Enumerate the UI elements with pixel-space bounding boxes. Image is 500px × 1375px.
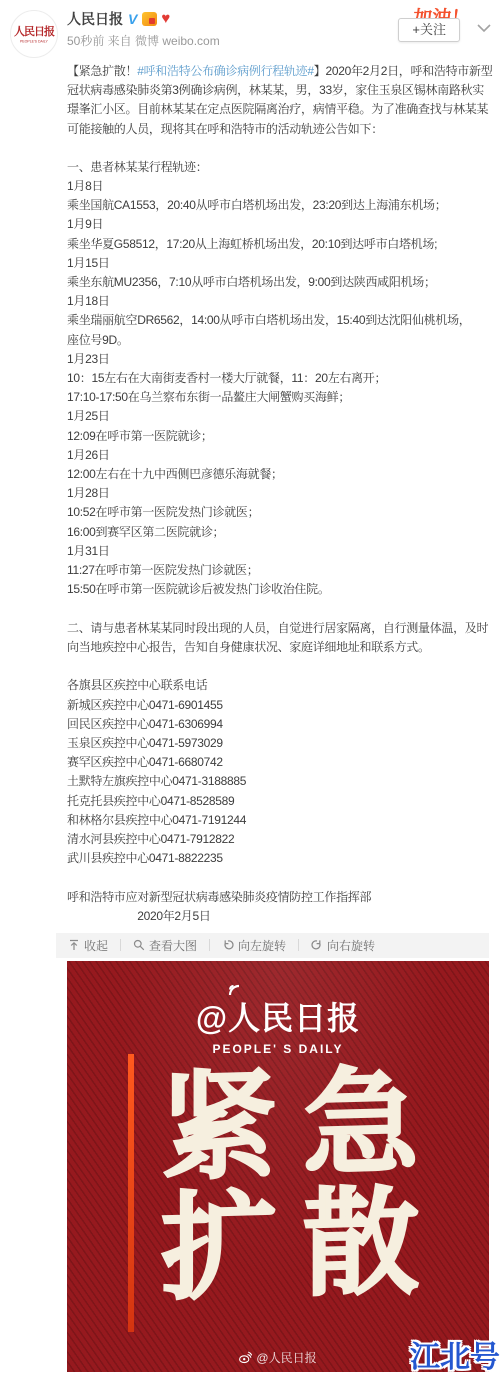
- intro-prefix: 【紧急扩散！: [67, 64, 137, 78]
- post-intro: 【紧急扩散！#呼和浩特公布确诊病例行程轨迹#】2020年2月2日，呼和浩特市新型…: [67, 62, 493, 139]
- collapse-label: 收起: [84, 937, 108, 954]
- avatar[interactable]: 人民日报 PEOPLE'S DAILY: [10, 10, 58, 58]
- rotate-left-button[interactable]: 向左旋转: [222, 937, 286, 954]
- watermark-text: 江北号: [410, 1332, 500, 1375]
- topic-hashtag-link[interactable]: #呼和浩特公布确诊病例行程轨迹#: [137, 64, 314, 78]
- collapse-icon: [68, 939, 80, 951]
- poster-logo-text: @人民日报: [196, 1000, 360, 1036]
- member-badge-icon: [142, 12, 157, 26]
- poster-image[interactable]: @人民日报 PEOPLE' S DAILY 紧急 扩散 @人民日报: [67, 961, 489, 1372]
- poster-headline: 紧急 扩散: [161, 1061, 445, 1308]
- rotate-right-button[interactable]: 向右旋转: [311, 937, 375, 954]
- magnifier-icon: [133, 939, 145, 951]
- avatar-subtitle-text: PEOPLE'S DAILY: [20, 40, 48, 44]
- weibo-logo-icon: [239, 1351, 252, 1364]
- post-body: 一、患者林某某行程轨迹： 1月8日 乘坐国航CA1553，20:40从呼市白塔机…: [67, 158, 493, 926]
- poster-footer-text: @人民日报: [256, 1349, 316, 1366]
- view-large-image-button[interactable]: 查看大图: [133, 937, 197, 954]
- collapse-image-button[interactable]: 收起: [68, 937, 108, 954]
- username[interactable]: 人民日报: [67, 9, 123, 29]
- follow-button[interactable]: +关注: [398, 18, 460, 42]
- rotate-left-icon: [222, 939, 234, 951]
- avatar-masthead-text: 人民日报: [14, 23, 54, 39]
- signal-arcs-icon: [220, 981, 240, 997]
- chevron-down-icon[interactable]: [477, 20, 491, 38]
- headline-line1: 紧急: [161, 1061, 445, 1188]
- image-toolbar: 收起 查看大图 向左旋转 向右旋转: [56, 933, 489, 958]
- toolbar-divider: [209, 939, 210, 951]
- post-header: 人民日报 PEOPLE'S DAILY 人民日报 V ♥ 50秒前 来自 微博 …: [0, 0, 500, 62]
- toolbar-divider: [298, 939, 299, 951]
- heart-badge-icon: ♥: [161, 12, 170, 26]
- post-content: 【紧急扩散！#呼和浩特公布确诊病例行程轨迹#】2020年2月2日，呼和浩特市新型…: [0, 62, 500, 926]
- rotate-right-label: 向右旋转: [327, 937, 375, 954]
- accent-bar: [128, 1054, 134, 1332]
- peoples-daily-logo: @人民日报: [196, 993, 360, 1039]
- rotate-right-icon: [311, 939, 323, 951]
- headline-line2: 扩散: [161, 1181, 445, 1308]
- rotate-left-label: 向左旋转: [238, 937, 286, 954]
- weibo-post: 人民日报 PEOPLE'S DAILY 人民日报 V ♥ 50秒前 来自 微博 …: [0, 0, 500, 1372]
- verified-v-icon: V: [128, 11, 137, 27]
- toolbar-divider: [120, 939, 121, 951]
- view-large-label: 查看大图: [149, 937, 197, 954]
- poster-logo: @人民日报 PEOPLE' S DAILY: [67, 993, 489, 1056]
